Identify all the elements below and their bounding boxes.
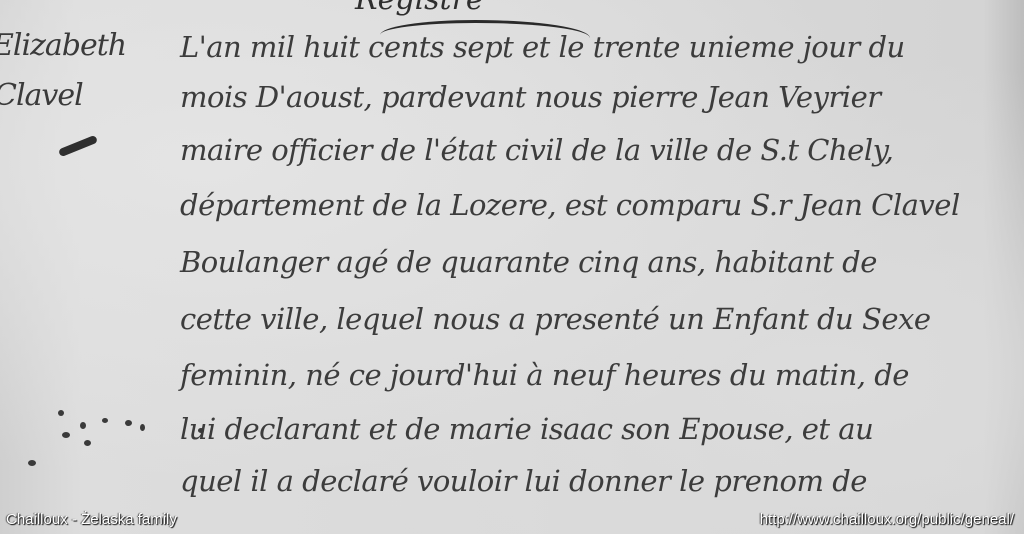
family-caption: Chailloux - Żelaska family [6, 511, 177, 528]
record-line-7: feminin, né ce jourd'hui à neuf heures d… [180, 358, 909, 392]
margin-first-name: Elizabeth [0, 28, 126, 63]
source-url-caption: http://www.chailloux.org/public/geneal/ [760, 511, 1014, 528]
record-line-2: mois D'aoust, pardevant nous pierre Jean… [180, 80, 881, 114]
record-line-9: quel il a declaré vouloir lui donner le … [180, 464, 867, 498]
record-line-4: département de la Lozere, est comparu S.… [180, 188, 960, 222]
ink-stroke [58, 135, 98, 157]
register-heading: Registre [355, 0, 484, 17]
record-line-8: lui declarant et de marie isaac son Epou… [180, 412, 873, 446]
record-line-1: L'an mil huit cents sept et le trente un… [180, 30, 905, 64]
margin-surname: Clavel [0, 78, 83, 113]
record-line-5: Boulanger agé de quarante cinq ans, habi… [180, 245, 877, 279]
record-line-3: maire officier de l'état civil de la vil… [180, 133, 893, 167]
document-scan: Registre Elizabeth Clavel L'an mil huit … [0, 0, 1024, 534]
record-line-6: cette ville, lequel nous a presenté un E… [180, 302, 931, 336]
